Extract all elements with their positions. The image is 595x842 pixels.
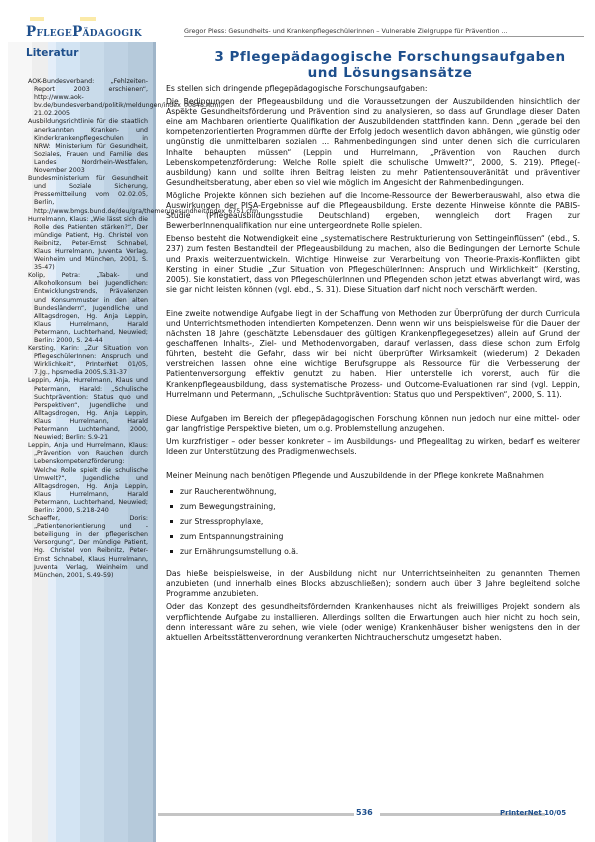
list-item: zur Raucherentwöhnung, [170,484,580,499]
list-item: zur Stressprophylaxe, [170,514,580,529]
reference-entry: Ausbildungsrichtlinie für die staatlich … [28,118,148,175]
list-item: zur Ernährungsumstellung o.ä. [170,544,580,559]
paragraph: Mögliche Projekte können sich beziehen a… [166,191,580,231]
reference-entry: Leppin, Anja und Hurrelmann, Klaus: „Prä… [28,442,148,515]
list-item: zum Bewegungstraining, [170,499,580,514]
measures-list: zur Raucherentwöhnung, zum Bewegungstrai… [170,484,580,559]
page-number: 536 [354,808,375,817]
section-title: 3 Pflegepädagogische Forschungsaufgaben … [190,49,590,81]
footer-rule [158,813,358,816]
section-title-line: 3 Pflegepädagogische Forschungsaufgaben [190,49,590,65]
reference-entry: Leppin, Anja, Hurrelmann, Klaus und Pete… [28,377,148,442]
paragraph: Die Bedingungen der Pflegeausbildung und… [166,97,580,188]
reference-entry: Hurrelmann, Klaus: „Wie lässt sich die R… [28,216,148,273]
paragraph: Diese Aufgaben im Bereich der pflegepäda… [166,414,580,434]
list-item: zum Entspannungstraining [170,529,580,544]
sidebar-divider [153,42,156,842]
paragraph: Um kurzfristiger – oder besser konkreter… [166,437,580,457]
reference-entry: AOK-Bundesverband: „Fehlzeiten-Report 20… [28,78,148,118]
paragraph: Meiner Meinung nach benötigen Pflegende … [166,471,580,481]
reference-entry: Kersting, Karin: „Zur Situation von Pfle… [28,345,148,377]
section-title-line: und Lösungsansätze [190,65,590,81]
reference-entry: Bundesministerium für Gesundheit und Soz… [28,175,148,215]
logo-accent [80,17,96,21]
paragraph: Ebenso besteht die Notwendigkeit eine „s… [166,234,580,295]
literature-list: AOK-Bundesverband: „Fehlzeiten-Report 20… [28,78,148,580]
reference-entry: Schaeffer, Doris: „Patientenorientierung… [28,515,148,580]
article-body: Es stellen sich dringende pflegepädagogi… [166,84,580,646]
paragraph: Oder das Konzept des gesundheitsfördernd… [166,602,580,642]
paragraph: Eine zweite notwendige Aufgabe liegt in … [166,309,580,400]
issue-label: PrInterNet 10/05 [500,809,566,817]
paragraph: Es stellen sich dringende pflegepädagogi… [166,84,580,94]
journal-logo: PflegePädagogik [26,24,142,40]
logo-accent [30,17,44,21]
reference-entry: Kolip, Petra: „Tabak- und Alkoholkonsum … [28,272,148,345]
literature-heading: Literatur [26,47,78,59]
paragraph: Das hieße beispielsweise, in der Ausbild… [166,569,580,599]
running-head: Gregor Pless: Gesundheits- und Krankenpf… [184,27,584,37]
